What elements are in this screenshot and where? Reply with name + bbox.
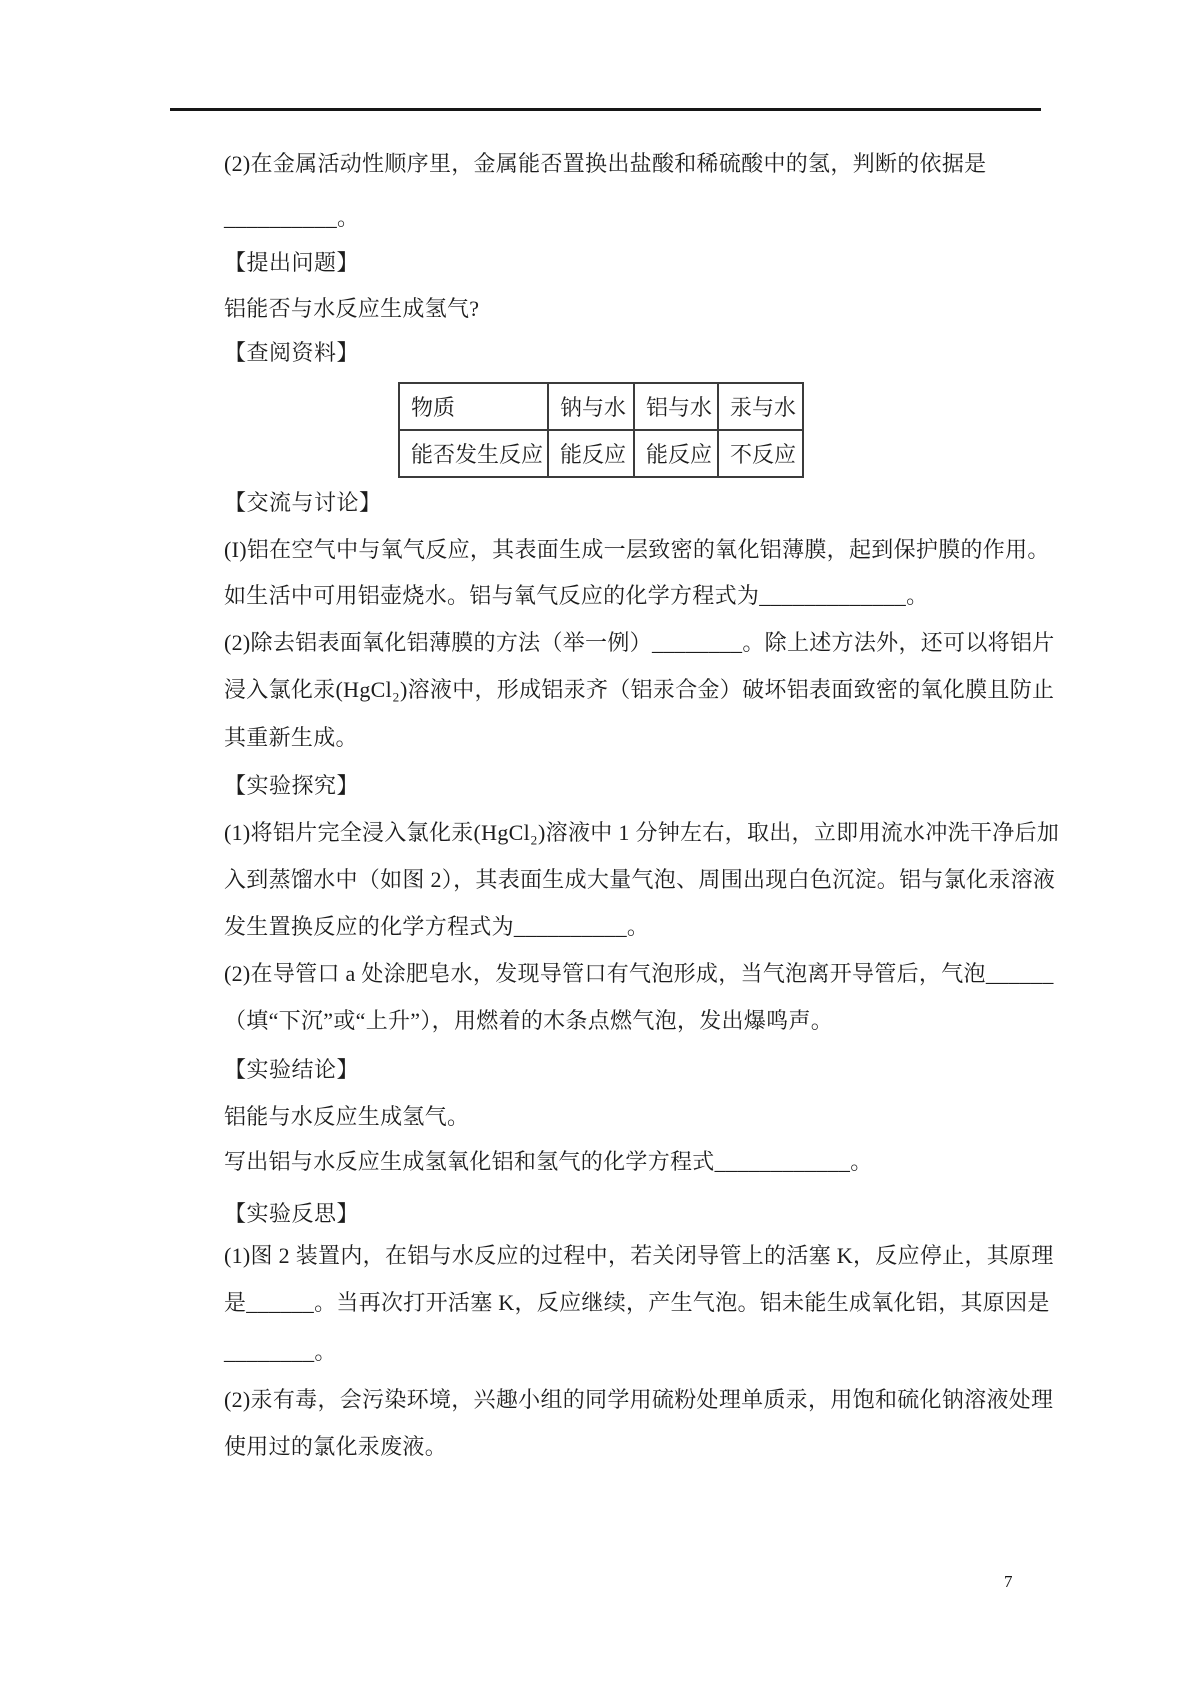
- reference-table: 物质 钠与水 铝与水 汞与水 能否发生反应 能反应 能反应 不反应: [398, 382, 804, 478]
- table-cell: 能否发生反应: [399, 430, 548, 477]
- text-line-remove-film-1: (2)除去铝表面氧化铝薄膜的方法（举一例）________。除上述方法外，还可以…: [224, 629, 1055, 656]
- table-cell: 能反应: [634, 430, 718, 477]
- heading-experiment-reflection: 【实验反思】: [224, 1200, 359, 1227]
- heading-propose-question: 【提出问题】: [224, 249, 359, 276]
- text-line-conclusion-1: 铝能与水反应生成氢气。: [224, 1103, 469, 1130]
- heading-experiment-inquiry: 【实验探究】: [224, 772, 359, 799]
- table-header-cell: 物质: [399, 383, 548, 430]
- text-line-conclusion-2: 写出铝与水反应生成氢氧化铝和氢气的化学方程式____________。: [224, 1148, 873, 1175]
- text-line-experiment-1b: 入到蒸馏水中（如图 2），其表面生成大量气泡、周围出现白色沉淀。铝与氯化汞溶液: [224, 866, 1055, 893]
- text-line-experiment-2b: （填“下沉”或“上升”），用燃着的木条点燃气泡，发出爆鸣声。: [224, 1007, 833, 1034]
- blank-answer-line: ________。: [224, 1338, 337, 1365]
- text-line-oxide-film-2: 如生活中可用铝壶烧水。铝与氧气反应的化学方程式为_____________。: [224, 582, 928, 609]
- table-header-cell: 汞与水: [718, 383, 803, 430]
- text-line-reflection-2b: 使用过的氯化汞废液。: [224, 1433, 447, 1460]
- text-line-remove-film-3: 其重新生成。: [224, 724, 358, 751]
- heading-reference-material: 【查阅资料】: [224, 339, 359, 366]
- header-rule: [170, 108, 1041, 111]
- document-page: (2)在金属活动性顺序里，金属能否置换出盐酸和稀硫酸中的氢，判断的依据是 ___…: [0, 0, 1200, 1698]
- table-cell: 不反应: [718, 430, 803, 477]
- heading-experiment-conclusion: 【实验结论】: [224, 1056, 359, 1083]
- table-header-cell: 铝与水: [634, 383, 718, 430]
- blank-answer-line: __________。: [224, 204, 359, 231]
- text-line-oxide-film-1: (I)铝在空气中与氧气反应，其表面生成一层致密的氧化铝薄膜，起到保护膜的作用。: [224, 536, 1050, 563]
- text-line-reflection-2a: (2)汞有毒，会污染环境，兴趣小组的同学用硫粉处理单质汞，用饱和硫化钠溶液处理: [224, 1386, 1053, 1413]
- text-line-experiment-1c: 发生置换反应的化学方程式为__________。: [224, 913, 649, 940]
- text-line-reflection-1a: (1)图 2 装置内，在铝与水反应的过程中，若关闭导管上的活塞 K，反应停止，其…: [224, 1242, 1054, 1269]
- text-line-reflection-1b: 是______。当再次打开活塞 K，反应继续，产生气泡。铝未能生成氧化铝，其原因…: [224, 1289, 1050, 1316]
- table-data-row: 能否发生反应 能反应 能反应 不反应: [399, 430, 803, 477]
- text-line-remove-film-2: 浸入氯化汞(HgCl₂)溶液中，形成铝汞齐（铝汞合金）破坏铝表面致密的氧化膜且防…: [224, 676, 1054, 703]
- table-header-row: 物质 钠与水 铝与水 汞与水: [399, 383, 803, 430]
- text-line-metal-activity: (2)在金属活动性顺序里，金属能否置换出盐酸和稀硫酸中的氢，判断的依据是: [224, 150, 986, 177]
- heading-discussion: 【交流与讨论】: [224, 489, 382, 516]
- text-line-experiment-2a: (2)在导管口 a 处涂肥皂水，发现导管口有气泡形成，当气泡离开导管后，气泡__…: [224, 960, 1054, 987]
- page-number: 7: [1004, 1572, 1013, 1592]
- text-line-experiment-1a: (1)将铝片完全浸入氯化汞(HgCl₂)溶液中 1 分钟左右，取出，立即用流水冲…: [224, 819, 1059, 846]
- table-header-cell: 钠与水: [548, 383, 634, 430]
- table-cell: 能反应: [548, 430, 634, 477]
- text-line-question: 铝能否与水反应生成氢气?: [224, 295, 479, 322]
